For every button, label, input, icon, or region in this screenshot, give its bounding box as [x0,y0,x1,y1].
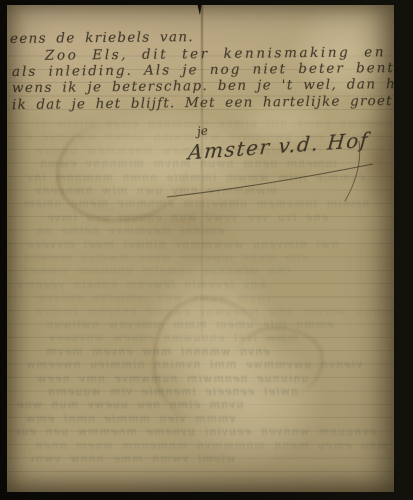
handwritten-text: eens de kriebels van. Zoo Els, dit ter k… [7,5,394,492]
signature-flourish [7,5,394,492]
letter-page: nmenmu enmv niii uimne nvmmuen emee niiu… [7,5,394,492]
photograph-background: nmenmu enmv niii uimne nvmmuen emee niiu… [0,0,413,500]
